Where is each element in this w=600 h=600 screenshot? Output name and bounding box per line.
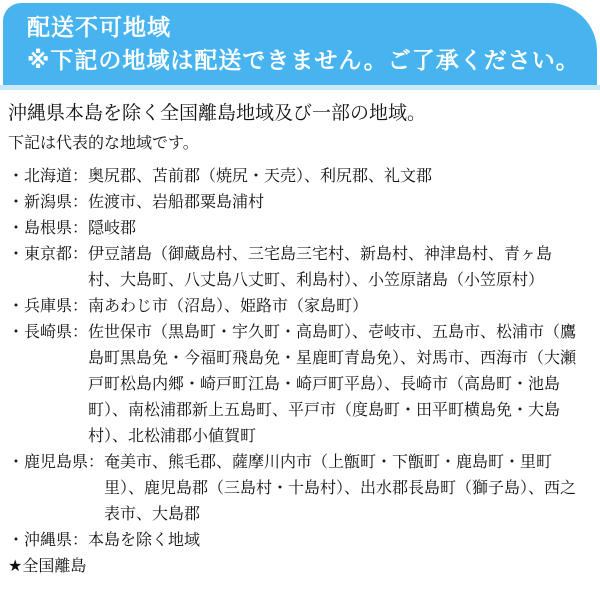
delivery-restriction-notice: 配送不可地域 ※下記の地域は配送できません。ご了承ください。 沖縄県本島を除く全… [0,0,600,600]
footer-note: ★全国離島 [8,554,578,580]
region-text: 奥尻郡、苫前郡（焼尻・天売）、利尻郡、礼文郡 [88,164,578,190]
region-label: ・島根県： [8,216,88,242]
region-row-okinawa: ・沖縄県： 本島を除く地域 [8,528,578,554]
region-text: 本島を除く地域 [88,528,578,554]
region-text: 佐渡市、岩船郡粟島浦村 [88,190,578,216]
region-row-kagoshima: ・鹿児島県： 奄美市、熊毛郡、薩摩川内市（上甑町・下甑町・鹿島町・里町里）、鹿児… [8,450,578,528]
region-label: ・新潟県： [8,190,88,216]
region-text: 南あわじ市（沼島）、姫路市（家島町） [88,294,578,320]
region-row-tokyo: ・東京都： 伊豆諸島（御蔵島村、三宅島三宅村、新島村、神津島村、青ヶ島村、大島町… [8,242,578,294]
intro-sub-text: 下記は代表的な地域です。 [8,134,578,154]
region-label: ・沖縄県： [8,528,88,554]
region-row-hokkaido: ・北海道： 奥尻郡、苫前郡（焼尻・天売）、利尻郡、礼文郡 [8,164,578,190]
region-label: ・東京都： [8,242,88,294]
region-list: ・北海道： 奥尻郡、苫前郡（焼尻・天売）、利尻郡、礼文郡 ・新潟県： 佐渡市、岩… [8,164,578,554]
notice-subtitle: ※下記の地域は配送できません。ご了承ください。 [27,44,585,77]
region-text: 伊豆諸島（御蔵島村、三宅島三宅村、新島村、神津島村、青ヶ島村、大島町、八丈島八丈… [88,242,578,294]
intro-main-text: 沖縄県本島を除く全国離島地域及び一部の地域。 [8,101,578,127]
notice-header: 配送不可地域 ※下記の地域は配送できません。ご了承ください。 [3,3,597,85]
notice-body: 沖縄県本島を除く全国離島地域及び一部の地域。 下記は代表的な地域です。 ・北海道… [0,90,600,580]
region-label: ・北海道： [8,164,88,190]
region-label: ・鹿児島県： [8,450,104,528]
region-text: 佐世保市（黒島町・宇久町・高島町）、壱岐市、五島市、松浦市（鷹島町黒島免・今福町… [88,320,578,450]
region-row-shimane: ・島根県： 隠岐郡 [8,216,578,242]
region-label: ・長崎県： [8,320,88,450]
region-row-niigata: ・新潟県： 佐渡市、岩船郡粟島浦村 [8,190,578,216]
notice-title: 配送不可地域 [27,11,585,44]
region-text: 奄美市、熊毛郡、薩摩川内市（上甑町・下甑町・鹿島町・里町里）、鹿児島郡（三島村・… [104,450,578,528]
region-row-nagasaki: ・長崎県： 佐世保市（黒島町・宇久町・高島町）、壱岐市、五島市、松浦市（鷹島町黒… [8,320,578,450]
region-text: 隠岐郡 [88,216,578,242]
region-row-hyogo: ・兵庫県： 南あわじ市（沼島）、姫路市（家島町） [8,294,578,320]
region-label: ・兵庫県： [8,294,88,320]
